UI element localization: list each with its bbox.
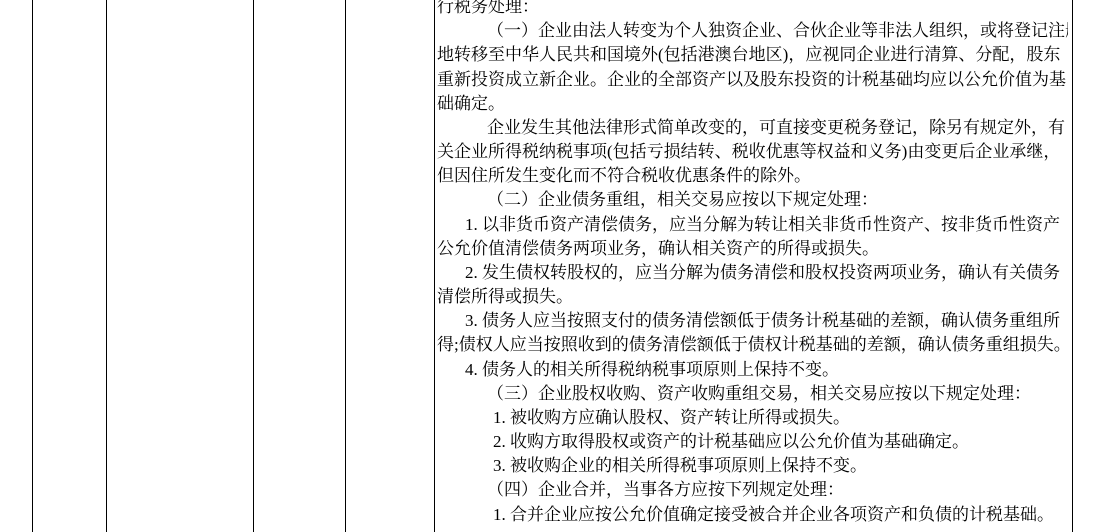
text-line: 4. 债务人的相关所得税纳税事项原则上保持不变。 (437, 358, 1068, 382)
text-line: 清偿所得或损失。 (437, 285, 1068, 309)
text-line: 关企业所得税纳税事项(包括亏损结转、税收优惠等权益和义务)由变更后企业承继， (437, 140, 1068, 164)
table-column-border (345, 0, 346, 532)
text-line: 但因住所发生变化而不符合税收优惠条件的除外。 (437, 164, 1068, 188)
text-line: 1. 被收购方应确认股权、资产转让所得或损失。 (437, 406, 1068, 430)
table-column-border (253, 0, 254, 532)
text-line: （三）企业股权收购、资产收购重组交易，相关交易应按以下规定处理： (437, 382, 1068, 406)
document-page: 行税务处理：（一）企业由法人转变为个人独资企业、合伙企业等非法人组织，或将登记注… (0, 0, 1100, 532)
text-line: （二）企业债务重组，相关交易应按以下规定处理： (437, 188, 1068, 212)
table-column-border (434, 0, 435, 532)
text-line: 1. 以非货币资产清偿债务，应当分解为转让相关非货币性资产、按非货币性资产 (437, 213, 1068, 237)
text-line: 3. 债务人应当按照支付的债务清偿额低于债务计税基础的差额，确认债务重组所 (437, 309, 1068, 333)
text-line: 础确定。 (437, 92, 1068, 116)
table-column-border (1072, 0, 1073, 532)
table-column-border (106, 0, 107, 532)
text-line: 2. 收购方取得股权或资产的计税基础应以公允价值为基础确定。 (437, 430, 1068, 454)
text-line: 公允价值清偿债务两项业务，确认相关资产的所得或损失。 (437, 237, 1068, 261)
text-line: 2. 发生债权转股权的，应当分解为债务清偿和股权投资两项业务，确认有关债务 (437, 261, 1068, 285)
table-column-border (32, 0, 33, 532)
text-line: 地转移至中华人民共和国境外(包括港澳台地区)，应视同企业进行清算、分配，股东 (437, 43, 1068, 67)
text-line: （四）企业合并，当事各方应按下列规定处理： (437, 478, 1068, 502)
text-line: 重新投资成立新企业。企业的全部资产以及股东投资的计税基础均应以公允价值为基 (437, 68, 1068, 92)
text-line: 行税务处理： (437, 0, 1068, 19)
text-line: 1. 合并企业应按公允价值确定接受被合并企业各项资产和负债的计税基础。 (437, 503, 1068, 527)
text-line: （一）企业由法人转变为个人独资企业、合伙企业等非法人组织，或将登记注册 (437, 19, 1068, 43)
text-line: 3. 被收购企业的相关所得税事项原则上保持不变。 (437, 454, 1068, 478)
table-cell-text: 行税务处理：（一）企业由法人转变为个人独资企业、合伙企业等非法人组织，或将登记注… (437, 0, 1068, 527)
text-line: 得;债权人应当按照收到的债务清偿额低于债权计税基础的差额，确认债务重组损失。 (437, 333, 1068, 357)
text-line: 企业发生其他法律形式简单改变的，可直接变更税务登记，除另有规定外，有 (437, 116, 1068, 140)
